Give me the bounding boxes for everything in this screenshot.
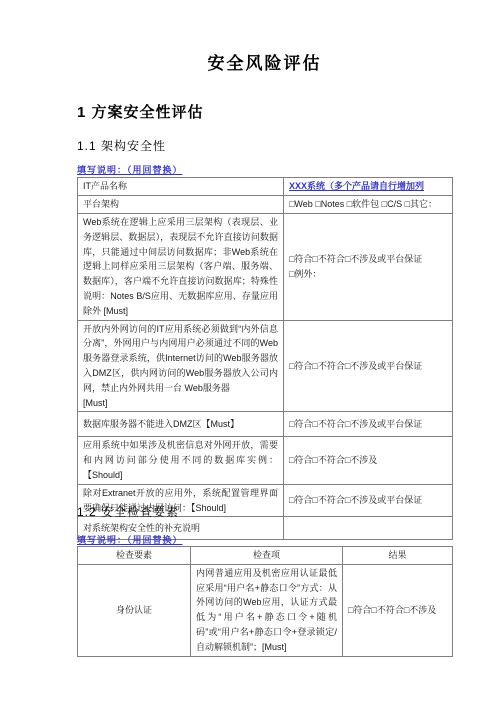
supplementary-notes-input-cell[interactable] [284, 517, 453, 540]
document-page: 安全风险评估 1 方案安全性评估 1.1 架构安全性 填写说明：（用回替换） I… [0, 0, 500, 708]
doc-title: 安全风险评估 [77, 49, 452, 74]
table-row: 平台架构 □Web □Notes □软件包 □C/S □其它： [78, 196, 453, 214]
check-item-header: 检查项 [191, 547, 343, 565]
section-1-heading: 1 方案安全性评估 [77, 101, 204, 122]
requirement-three-tier-cell: Web系统在逻辑上应采用三层架构（表现层、业务逻辑层、数据层），表现层不允许直接… [78, 214, 284, 321]
security-check-table: 检查要素 检查项 结果 身份认证 内网普通应用及机密应用认证最低应采用“用户名+… [77, 546, 453, 657]
compliance-options-cell[interactable]: □符合□不符合□不涉及或平台保证 [284, 320, 453, 412]
platform-label: 平台架构 [78, 196, 284, 214]
section-1-1-heading: 1.1 架构安全性 [77, 137, 166, 154]
compliance-options-cell[interactable]: □符合□不符合□不涉及 [343, 564, 453, 656]
compliance-options-cell[interactable]: □符合□不符合□不涉及 [284, 437, 453, 484]
compliance-options-cell[interactable]: □符合□不符合□不涉及或平台保证 □例外： [284, 214, 453, 321]
fill-instructions-link-check[interactable]: 填写说明：（用回替换） [77, 533, 183, 546]
requirement-dmz-cell: 数据库服务器不能进入DMZ区【Must】 [78, 412, 284, 437]
table-row: IT产品名称 XXX系统（多个产品请自行增加列 [78, 178, 453, 196]
check-element-cell: 身份认证 [78, 564, 191, 656]
result-header: 结果 [343, 547, 453, 565]
product-name-label: IT产品名称 [78, 178, 284, 196]
product-name-value-link[interactable]: XXX系统（多个产品请自行增加列 [284, 178, 453, 196]
platform-options-cell[interactable]: □Web □Notes □软件包 □C/S □其它： [284, 196, 453, 214]
table-row: 应用系统中如果涉及机密信息对外网开放，需要和内网访问部分使用不同的数据库实例：【… [78, 437, 453, 484]
compliance-options-cell[interactable]: □符合□不符合□不涉及或平台保证 [284, 412, 453, 437]
section-1-2-heading: 1.2 安全检查要素 [77, 503, 179, 520]
table-row: 身份认证 内网普通应用及机密应用认证最低应采用“用户名+静态口令”方式：从外网访… [78, 564, 453, 656]
check-element-header: 检查要素 [78, 547, 191, 565]
check-item-cell: 内网普通应用及机密应用认证最低应采用“用户名+静态口令”方式：从外网访问的Web… [191, 564, 343, 656]
requirement-info-separation-cell: 开放内外网访问的IT应用系统必须做到“内外信息分离”，外网用户与内网用户必须通过… [78, 320, 284, 412]
table-header-row: 检查要素 检查项 结果 [78, 547, 453, 565]
table-row: 开放内外网访问的IT应用系统必须做到“内外信息分离”，外网用户与内网用户必须通过… [78, 320, 453, 412]
table-row: 数据库服务器不能进入DMZ区【Must】 □符合□不符合□不涉及或平台保证 [78, 412, 453, 437]
table-row: Web系统在逻辑上应采用三层架构（表现层、业务逻辑层、数据层），表现层不允许直接… [78, 214, 453, 321]
fill-instructions-link-arch[interactable]: 填写说明：（用回替换） [77, 163, 183, 176]
compliance-options-cell[interactable]: □符合□不符合□不涉及或平台保证 [284, 484, 453, 517]
requirement-db-instance-cell: 应用系统中如果涉及机密信息对外网开放，需要和内网访问部分使用不同的数据库实例：【… [78, 437, 284, 484]
architecture-security-table: IT产品名称 XXX系统（多个产品请自行增加列 平台架构 □Web □Notes… [77, 177, 453, 540]
